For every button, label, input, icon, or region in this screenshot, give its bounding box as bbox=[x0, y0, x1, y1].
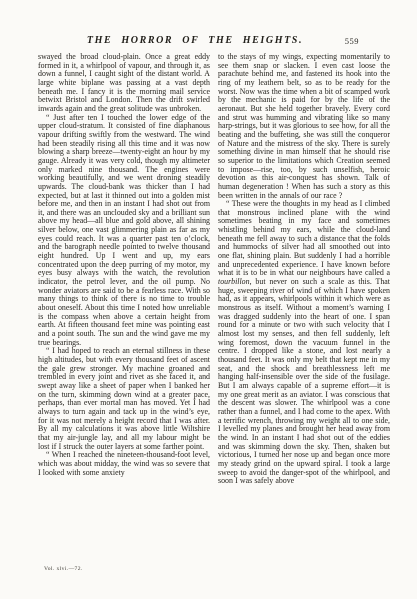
text-run: “ These were the thoughts in my head as … bbox=[218, 199, 390, 277]
text-run: to the stays of my wings, expecting mome… bbox=[218, 53, 390, 200]
italic-word: tourbillon bbox=[218, 277, 250, 286]
text-run: “ I had hoped to reach an eternal stilln… bbox=[38, 346, 210, 450]
volume-footnote: Vol. xlvi.—72. bbox=[44, 566, 83, 572]
text-run: “ When I reached the nineteen-thousand-f… bbox=[38, 450, 210, 476]
text-run: swayed the broad cloud-plain. Once a gre… bbox=[38, 53, 210, 113]
paragraph: to the stays of my wings, expecting mome… bbox=[218, 53, 390, 200]
paragraph: swayed the broad cloud-plain. Once a gre… bbox=[38, 53, 210, 114]
text-columns: swayed the broad cloud-plain. Once a gre… bbox=[38, 53, 390, 569]
right-column: to the stays of my wings, expecting mome… bbox=[218, 53, 390, 569]
paragraph: “ When I reached the nineteen-thousand-f… bbox=[38, 451, 210, 477]
paragraph: “ Just after ten I touched the lower edg… bbox=[38, 114, 210, 348]
page-title: THE HORROR OF THE HEIGHTS. bbox=[0, 35, 390, 46]
left-column: swayed the broad cloud-plain. Once a gre… bbox=[38, 53, 210, 569]
paragraph: “ These were the thoughts in my head as … bbox=[218, 200, 390, 486]
page-number: 559 bbox=[345, 36, 359, 46]
paragraph: “ I had hoped to reach an eternal stilln… bbox=[38, 347, 210, 451]
book-page: THE HORROR OF THE HEIGHTS. 559 swayed th… bbox=[0, 0, 417, 599]
text-run: “ Just after ten I touched the lower edg… bbox=[38, 113, 210, 347]
text-run: , but never on such a scale as this. Tha… bbox=[218, 277, 390, 485]
